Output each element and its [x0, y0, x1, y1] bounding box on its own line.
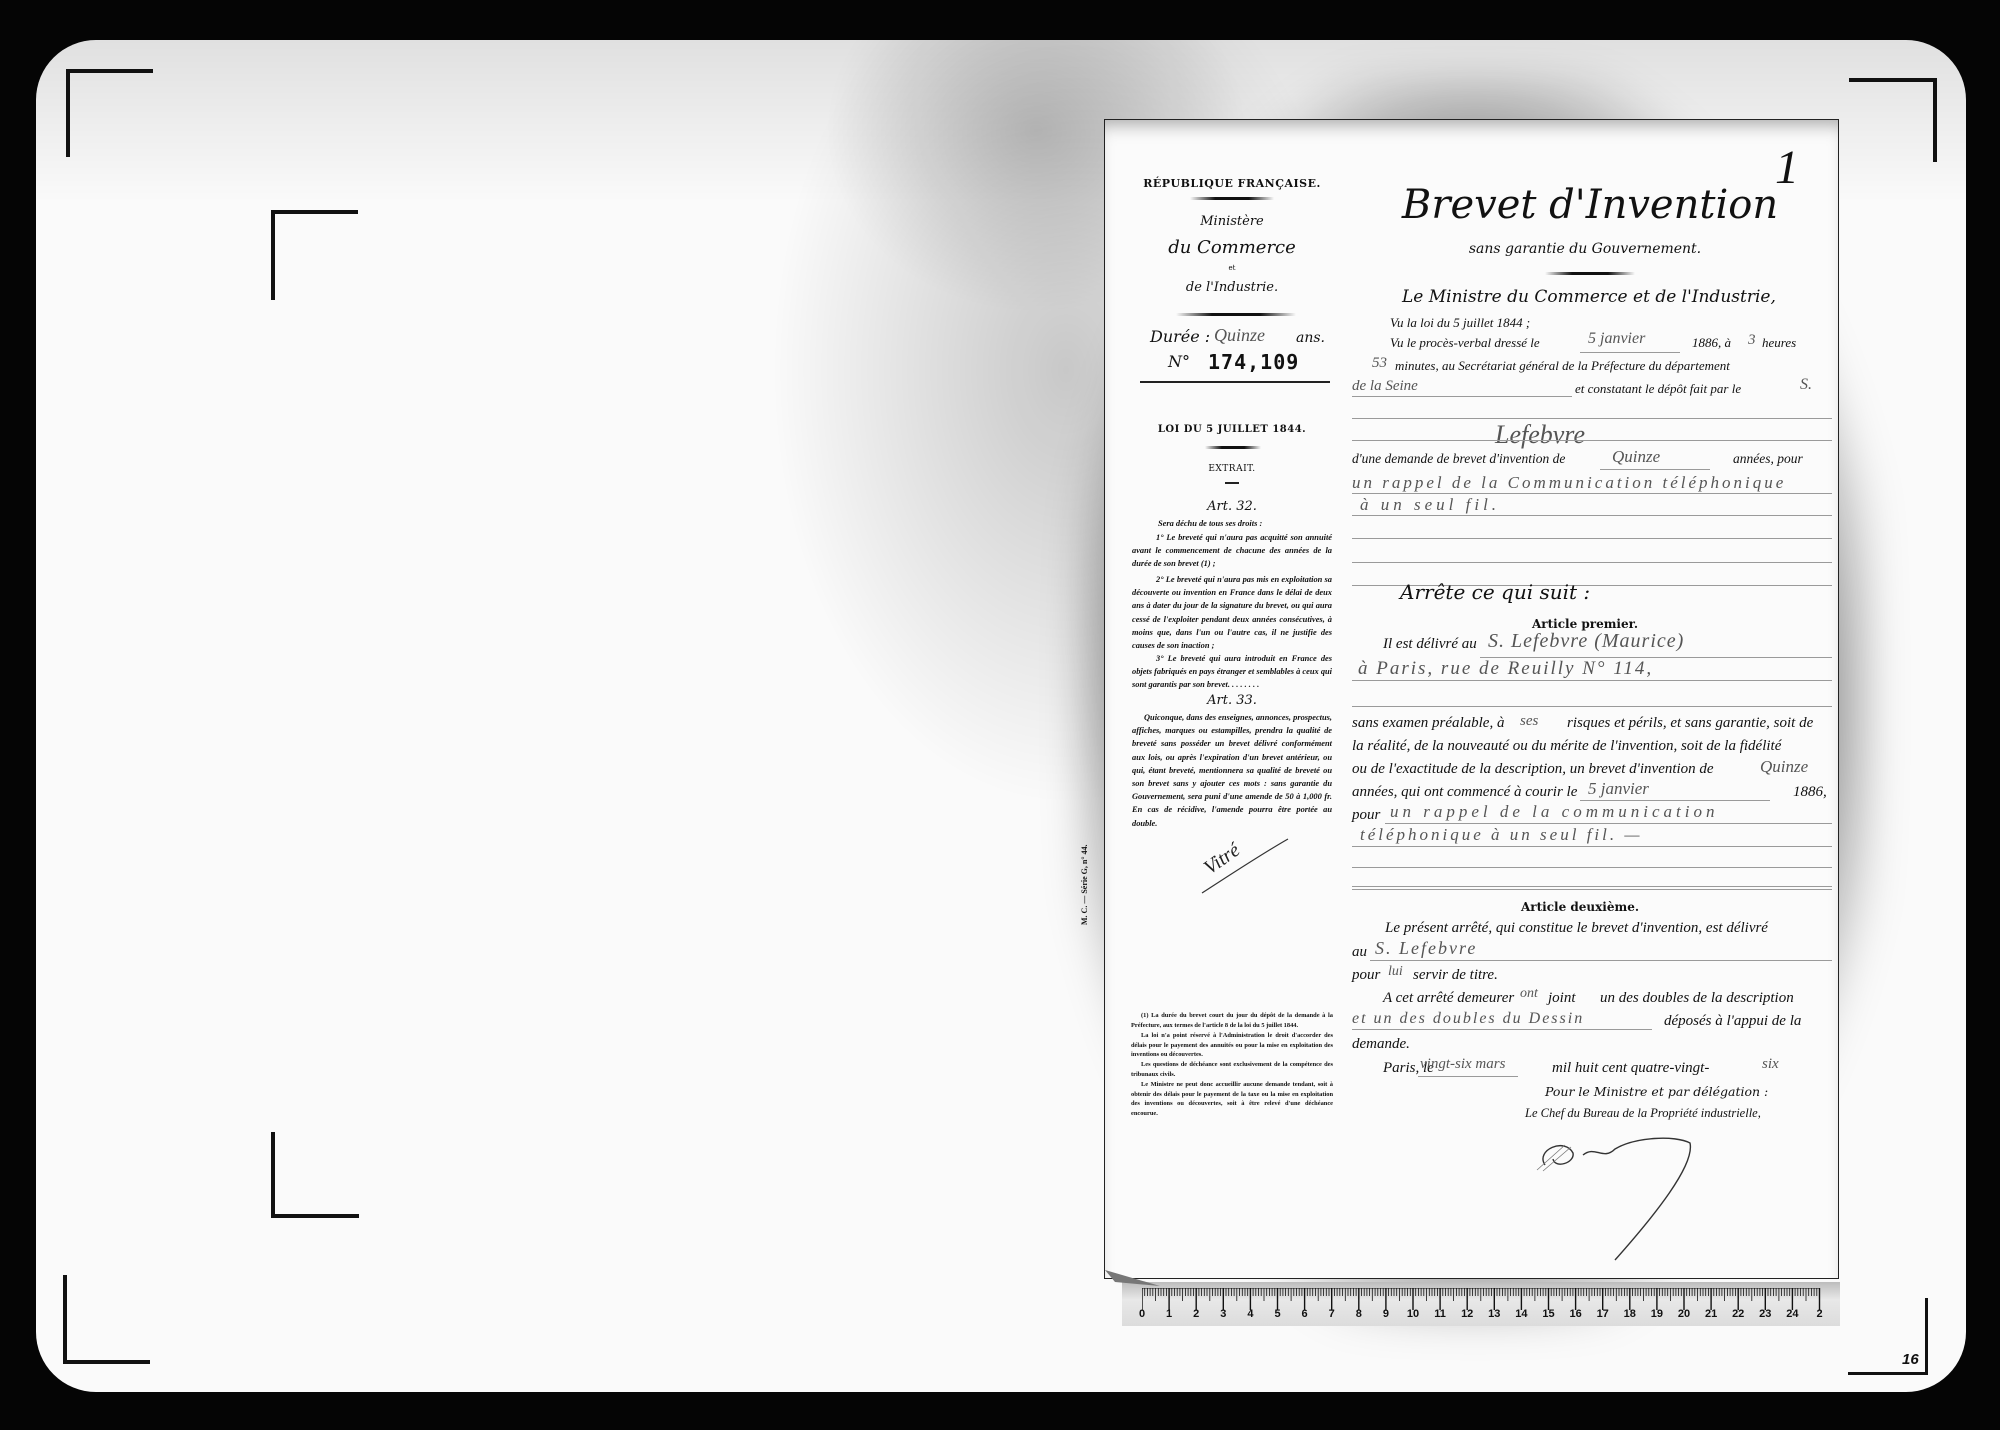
article-1-year: 1886,: [1793, 784, 1827, 801]
demande-prefix: d'une demande de brevet d'invention de: [1352, 451, 1565, 467]
ministry-et: et: [1229, 264, 1236, 272]
article-2-text: pour: [1352, 967, 1380, 984]
invention-title-line-1: un rappel de la Communication téléphoniq…: [1352, 473, 1786, 493]
article-2-au: au: [1352, 944, 1367, 961]
ruler-label: 14: [1515, 1308, 1527, 1320]
ruler-label: 18: [1624, 1308, 1636, 1320]
grantee-name: S. Lefebvre (Maurice): [1488, 630, 1684, 653]
fill-line: [1352, 515, 1832, 516]
ruler-label: 8: [1356, 1308, 1362, 1320]
for-minister: Pour le Ministre et par délégation :: [1545, 1084, 1768, 1099]
signature-year: six: [1762, 1056, 1779, 1073]
article-33-text: Quiconque, dans des enseignes, annonces,…: [1132, 711, 1332, 830]
fill-line: [1370, 960, 1832, 961]
ruler-label: 16: [1569, 1308, 1581, 1320]
vu-loi: Vu la loi du 5 juillet 1844 ;: [1390, 315, 1530, 331]
patent-number: 174,109: [1208, 350, 1299, 374]
article-1-text: la réalité, de la nouveauté ou du mérite…: [1352, 738, 1781, 755]
pv-hour-label: heures: [1762, 335, 1796, 351]
article-2-title: Article deuxième.: [1521, 900, 1639, 914]
fill-line: [1352, 846, 1832, 847]
header-rule: [1140, 381, 1330, 383]
article-1-prefix: Il est délivré au: [1383, 636, 1477, 653]
ruler-label: 9: [1383, 1308, 1389, 1320]
ornament-divider: [1205, 446, 1261, 449]
duree-value: Quinze: [1214, 325, 1265, 346]
demande-suffix: années, pour: [1733, 451, 1803, 467]
article-1-text: risques et périls, et sans garantie, soi…: [1567, 715, 1813, 732]
fill-line: [1352, 440, 1832, 441]
article-2-text: servir de titre.: [1413, 967, 1498, 984]
signature-date: vingt-six mars: [1420, 1056, 1505, 1073]
ruler-label: 17: [1597, 1308, 1609, 1320]
article-2-ont: ont: [1520, 986, 1538, 1002]
depositor-prefix: S.: [1800, 376, 1812, 394]
crop-mark-top-left-inner: [271, 210, 358, 300]
fill-line: [1352, 889, 1832, 890]
fill-line: [1352, 418, 1832, 419]
fill-line: [1352, 493, 1832, 494]
fill-line: [1352, 538, 1832, 539]
folio-mark: 1: [1775, 140, 1799, 195]
fill-line: [1600, 469, 1710, 470]
ruler-label: 24: [1786, 1308, 1798, 1320]
minister-line: Le Ministre du Commerce et de l'Industri…: [1402, 287, 1776, 307]
duree-label: Durée :: [1150, 327, 1210, 346]
pv-hour: 3: [1748, 332, 1756, 349]
scan-viewport: 16 1 RÉPUBLIQUE FRANÇAISE. Ministère du …: [0, 0, 2000, 1430]
article-1-text: années, qui ont commencé à courir le: [1352, 784, 1577, 801]
footnote: Les questions de déchéance sont exclusiv…: [1131, 1060, 1333, 1079]
footnote: La loi n'a point réservé à l'Administrat…: [1131, 1031, 1333, 1060]
ruler-label: 2: [1193, 1308, 1199, 1320]
fill-line: [1580, 800, 1770, 801]
vu-pv-prefix: Vu le procès-verbal dressé le: [1390, 335, 1540, 351]
crop-mark-bottom-left-inner: [271, 1132, 359, 1218]
demande-duration: Quinze: [1612, 447, 1660, 467]
article-2-text: déposés à l'appui de la: [1664, 1013, 1801, 1030]
extract-rule: [1225, 482, 1239, 484]
document-title: Brevet d'Invention: [1402, 182, 1778, 228]
ruler-label: 13: [1488, 1308, 1500, 1320]
article-32-item: 1° Le breveté qui n'aura pas acquitté so…: [1132, 531, 1332, 571]
footnote: (1) La durée du brevet court du jour du …: [1131, 1011, 1333, 1030]
article-1-pour: pour: [1352, 807, 1380, 824]
article-2-grantee: S. Lefebvre: [1375, 938, 1477, 959]
article-32-item: 2° Le breveté qui n'aura pas mis en expl…: [1132, 573, 1332, 652]
ministry-label: Ministère: [1200, 214, 1264, 229]
ruler-label: 6: [1302, 1308, 1308, 1320]
article-2-text: demande.: [1352, 1036, 1410, 1053]
paris-mid: mil huit cent quatre-vingt-: [1552, 1060, 1709, 1077]
article-2-text: A cet arrêté demeurer: [1383, 990, 1514, 1007]
patent-number-label: N°: [1168, 352, 1190, 371]
law-title: LOI DU 5 JUILLET 1844.: [1158, 424, 1306, 435]
ruler-label: 12: [1461, 1308, 1473, 1320]
official-signature: [1525, 1125, 1705, 1265]
duree-unit: ans.: [1296, 330, 1325, 346]
ruler-label: 1: [1166, 1308, 1172, 1320]
ruler-ticks: [1142, 1288, 1832, 1310]
page-number: 16: [1902, 1351, 1919, 1368]
ministry-industrie: de l'Industrie.: [1186, 280, 1278, 295]
invention-title-line-2: à un seul fil.: [1360, 495, 1500, 515]
article-1-invention-line-1: un rappel de la communication: [1390, 802, 1718, 822]
fill-line: [1352, 706, 1832, 707]
republic-header: RÉPUBLIQUE FRANÇAISE.: [1143, 177, 1321, 190]
ruler-label: 19: [1651, 1308, 1663, 1320]
article-33-title: Art. 33.: [1207, 693, 1257, 708]
article-2-lui: lui: [1388, 964, 1403, 980]
article-1-ses: ses: [1520, 713, 1538, 730]
department: de la Seine: [1352, 378, 1418, 395]
ornament-divider: [1545, 272, 1635, 275]
article-32-title: Art. 32.: [1207, 499, 1257, 514]
ruler-label: 15: [1542, 1308, 1554, 1320]
arrete-heading: Arrête ce qui suit :: [1400, 580, 1590, 604]
extract-label: EXTRAIT.: [1208, 464, 1255, 474]
article-1-invention-line-2: téléphonique à un seul fil. —: [1360, 825, 1642, 845]
ministry-commerce: du Commerce: [1168, 237, 1296, 258]
curled-paper-corner: [1105, 1268, 1165, 1290]
article-2-drawing: et un des doubles du Dessin: [1352, 1010, 1584, 1028]
article-1-text: sans examen préalable, à: [1352, 715, 1504, 732]
ruler-label: 5: [1274, 1308, 1280, 1320]
article-1-start-date: 5 janvier: [1588, 779, 1649, 799]
article-1-text: ou de l'exactitude de la description, un…: [1352, 761, 1714, 778]
article-2-text: un des doubles de la description: [1600, 990, 1794, 1007]
ruler-label: 23: [1759, 1308, 1771, 1320]
constatant-depot: et constatant le dépôt fait par le: [1575, 381, 1741, 397]
ruler-label: 4: [1247, 1308, 1253, 1320]
article-1-duration: Quinze: [1760, 757, 1808, 777]
ruler-label: 7: [1329, 1308, 1335, 1320]
pv-year: 1886, à: [1692, 335, 1731, 351]
ornament-divider: [1190, 197, 1274, 200]
ruler-label: 3: [1220, 1308, 1226, 1320]
fill-line: [1352, 867, 1832, 868]
fill-line: [1418, 1076, 1518, 1077]
fill-line: [1352, 680, 1832, 681]
ruler-label: 0: [1139, 1308, 1145, 1320]
fill-line: [1352, 396, 1572, 397]
crop-mark-bottom-left-outer: [63, 1275, 150, 1364]
fill-line: [1352, 1029, 1652, 1030]
article-1-title: Article premier.: [1532, 617, 1638, 631]
measurement-ruler: 0123456789101112131415161718192021222324…: [1122, 1282, 1840, 1326]
ruler-label: 2: [1816, 1308, 1822, 1320]
footnote: Le Ministre ne peut donc accueillir aucu…: [1131, 1080, 1333, 1118]
article-2-text: Le présent arrêté, qui constitue le brev…: [1385, 920, 1768, 937]
pv-minutes: 53: [1372, 355, 1387, 372]
crop-mark-top-left-outer: [66, 69, 153, 157]
ruler-label: 22: [1732, 1308, 1744, 1320]
pv-minutes-rest: minutes, au Secrétariat général de la Pr…: [1395, 358, 1730, 374]
bureau-chief: Le Chef du Bureau de la Propriété indust…: [1525, 1106, 1761, 1121]
ruler-label: 20: [1678, 1308, 1690, 1320]
fill-line: [1352, 886, 1832, 887]
fill-line: [1352, 562, 1832, 563]
ornament-divider: [1176, 313, 1296, 316]
fill-line: [1580, 352, 1680, 353]
pv-date: 5 janvier: [1588, 330, 1645, 348]
ruler-label: 10: [1407, 1308, 1419, 1320]
fill-line: [1385, 823, 1832, 824]
article-32-item: 3° Le breveté qui aura introduit en Fran…: [1132, 652, 1332, 692]
document-subtitle: sans garantie du Gouvernement.: [1469, 241, 1701, 257]
grantee-address: à Paris, rue de Reuilly N° 114,: [1358, 658, 1653, 680]
article-32-intro: Sera déchu de tous ses droits :: [1158, 517, 1333, 530]
depositor-name: Lefebvre: [1495, 420, 1585, 450]
ruler-label: 21: [1705, 1308, 1717, 1320]
article-2-text: joint: [1548, 990, 1576, 1007]
ruler-label: 11: [1434, 1308, 1446, 1320]
series-note: M. C. — Série G, n° 44.: [1080, 844, 1089, 925]
initials-stroke: [1200, 835, 1290, 895]
